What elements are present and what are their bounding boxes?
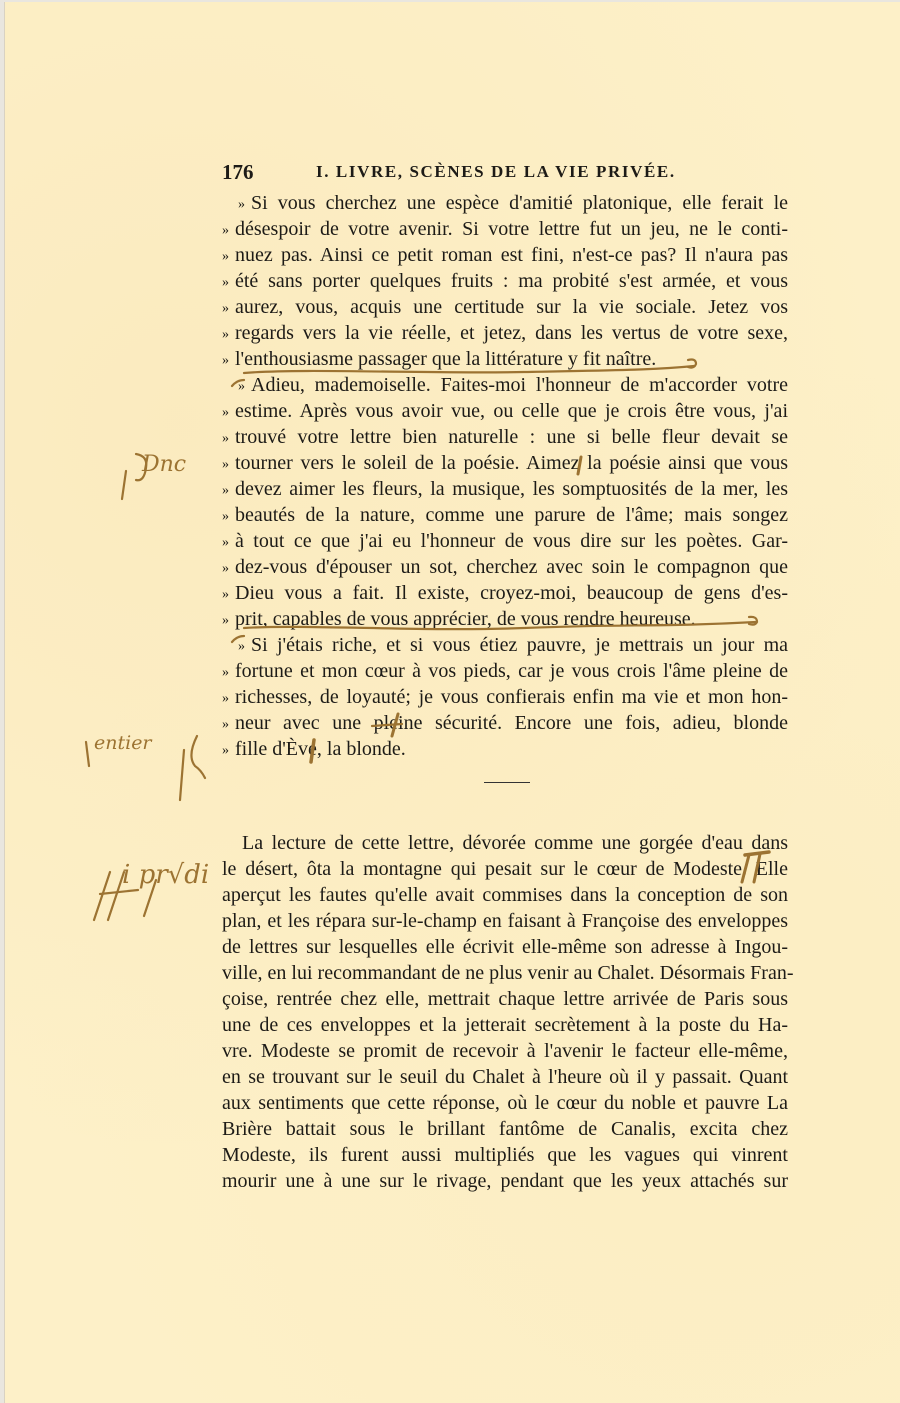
note-entier-bar (86, 742, 89, 766)
underline-hook-1 (688, 360, 696, 368)
margin-note-done: Dnc (142, 452, 186, 477)
handwritten-annotations (4, 2, 900, 1403)
note-insert-bar (180, 750, 184, 800)
note-h-bar (94, 872, 110, 920)
underline-stroke-1 (244, 366, 694, 373)
margin-note-entier: entier (94, 732, 152, 754)
margin-note-hipprti: i pr√di (122, 860, 209, 890)
note-done-bar (122, 471, 126, 499)
underline-stroke-2 (244, 622, 756, 629)
book-page: 176 I. LIVRE, SCÈNES DE LA VIE PRIVÉE. »… (4, 2, 900, 1403)
